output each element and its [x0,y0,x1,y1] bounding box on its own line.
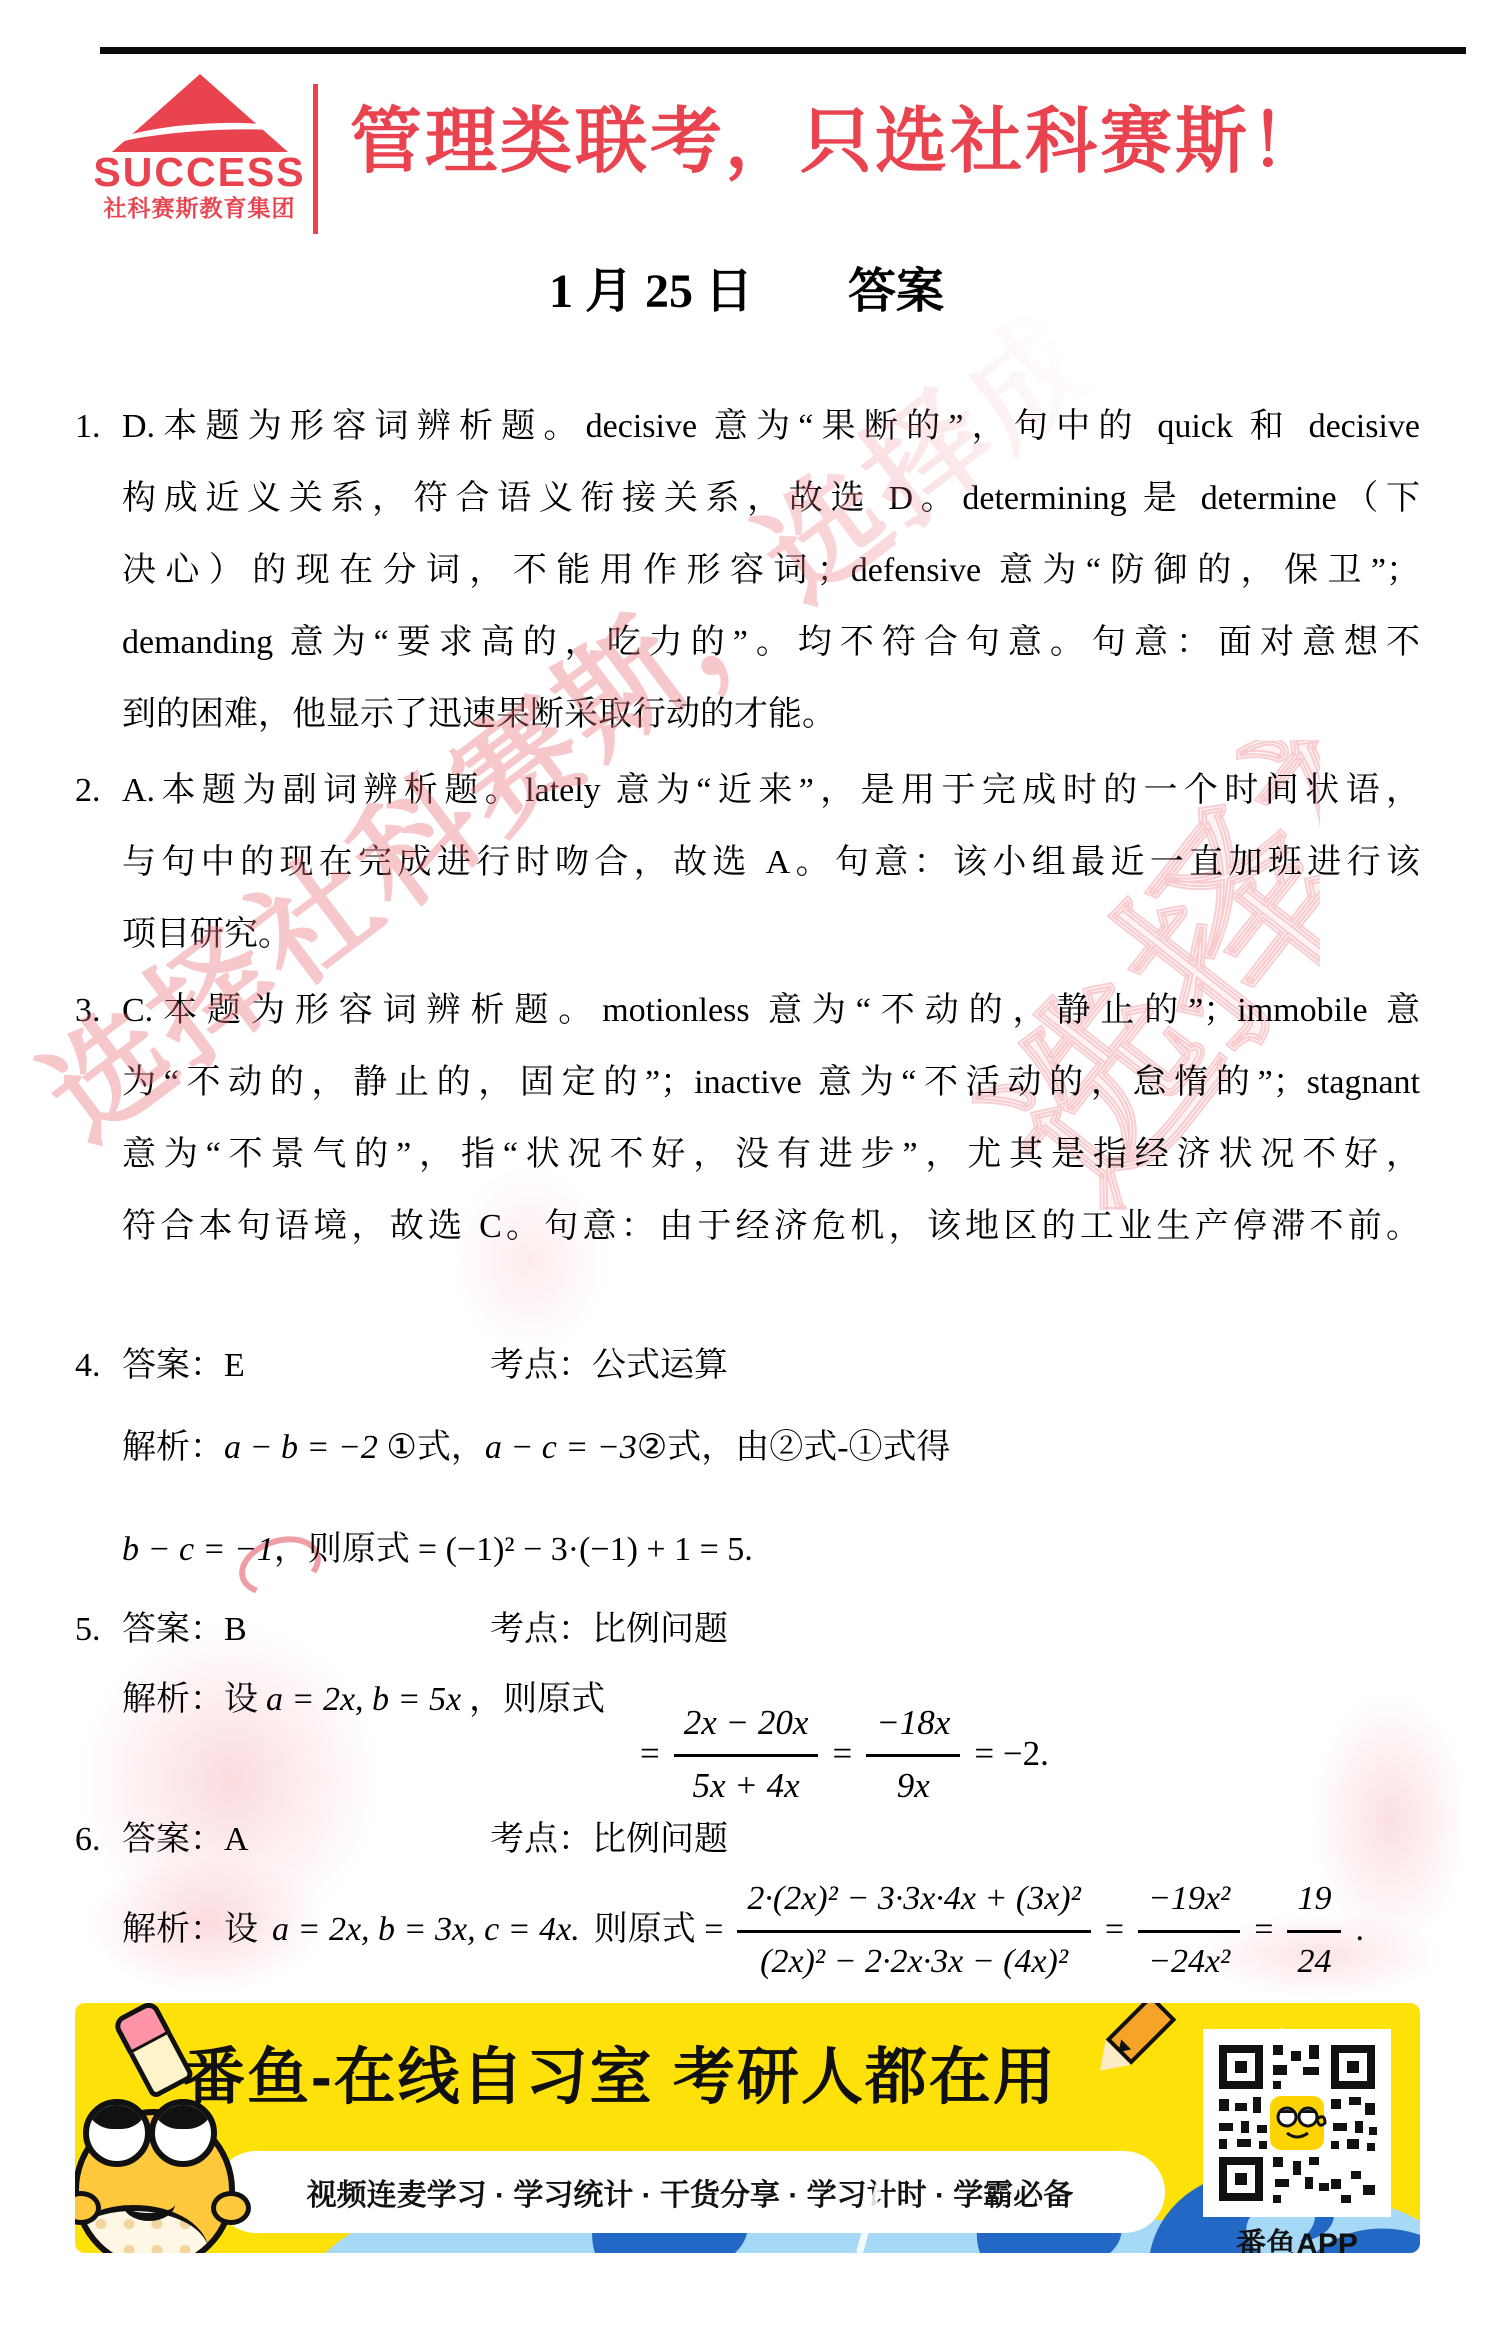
item-6-answer-row: 6. 答案：A 考点：比例问题 [75,1804,1425,1876]
answer-label: 答案：B [122,1611,247,1648]
text-segment: ，则原式 [274,1531,410,1568]
topic-label: 考点：比例问题 [490,1804,728,1876]
fraction: 2·(2x)² − 3·3x·4x + (3x)²(2x)² − 2·2x·3x… [737,1874,1090,1985]
text-segment: 则原式 = [594,1907,724,1953]
brand-slogan: 管理类联考，只选社科赛斯！ [350,92,1325,192]
item-5-answer-row: 5. 答案：B 考点：比例问题 [75,1594,1425,1666]
answer-label: 答案：E [122,1347,245,1384]
analysis-label: 解析：设 [122,1907,258,1953]
result-value: = −2. [974,1731,1048,1777]
fish-eye [149,2099,217,2167]
fraction: −19x²−24x² [1138,1874,1240,1985]
equals-sign: = [1105,1907,1124,1953]
puffer-fish-icon [75,2095,265,2253]
text-segment: ②式，由②式-①式得 [637,1429,951,1466]
topic-label: 考点：比例问题 [490,1594,728,1666]
topic-label: 考点：公式运算 [490,1330,728,1402]
qr-label: 番鱼APP [1203,2219,1391,2253]
math-expression: a − c = −3 [485,1429,637,1466]
text-segment: ，则原式 [469,1681,605,1718]
equals-sign: = [640,1731,660,1777]
item-number: 2. [75,755,101,827]
banner-features: 视频连麦学习 · 学习统计 · 干货分享 · 学习计时 · 学霸必备 [307,2170,1074,2214]
fish-mouth [123,2187,175,2221]
item-1: 1. D.本题为形容词辨析题。decisive 意为“果断的”，句中的 quic… [75,391,1425,751]
item-6-analysis-row: 解析：设a = 2x, b = 3x, c = 4x.则原式 = 2·(2x)²… [122,1874,1364,1985]
text-line: 符合本句语境，故选 C。句意：由于经济危机，该地区的工业生产停滞不前。 [122,1191,1420,1263]
text-line: 项目研究。 [122,899,1420,971]
math-expression: a = 2x, b = 3x, c = 4x. [272,1907,580,1953]
item-number: 5. [75,1594,101,1666]
math-expression: b − c = −1 [122,1531,274,1568]
math-expression: = (−1)² − 3·(−1) + 1 = 5. [418,1531,753,1568]
fish-eye [83,2099,151,2167]
text-line: C.本题为形容词辨析题。motionless 意为“不动的，静止的”；immob… [122,975,1420,1047]
text-line: 决心）的现在分词，不能用作形容词；defensive 意为“防御的，保卫”； [122,535,1420,607]
denominator: 9x [866,1757,960,1809]
item-5-fraction-row: = 2x − 20x5x + 4x = −18x9x = −2. [640,1698,1049,1809]
page-title: 1 月 25 日答案 [0,262,1493,322]
fish-fin [211,2191,251,2225]
text-line: 为“不动的，静止的，固定的”；inactive 意为“不活动的，怠惰的”；sta… [122,1047,1420,1119]
title-date: 1 月 25 日 [549,265,753,318]
analysis-label: 解析： [122,1429,224,1466]
answer-label: 答案：A [122,1821,249,1858]
text-segment: ①式， [378,1429,485,1466]
numerator: 2x − 20x [674,1698,819,1757]
qr-center-fish-logo [1270,2096,1325,2150]
text-segment: . [1355,1907,1364,1953]
numerator: −19x² [1138,1874,1240,1933]
math-expression: a − b = −2 [224,1429,378,1466]
fraction: 1924 [1287,1874,1341,1985]
numerator: 2·(2x)² − 3·3x·4x + (3x)² [737,1874,1090,1933]
item-number: 1. [75,391,101,463]
equals-sign: = [832,1731,852,1777]
item-number: 3. [75,975,101,1047]
text-line: D.本题为形容词辨析题。decisive 意为“果断的”，句中的 quick 和… [122,391,1420,463]
denominator: 24 [1287,1933,1341,1985]
analysis-label: 解析：设 [122,1681,258,1718]
text-line: demanding 意为“要求高的，吃力的”。均不符合句意。句意：面对意想不 [122,607,1420,679]
item-4-analysis-line-2: b − c = −1，则原式= (−1)² − 3·(−1) + 1 = 5. [75,1514,1425,1586]
text-line: 到的困难，他显示了迅速果断采取行动的才能。 [122,679,1420,751]
logo-divider [313,84,318,234]
brand-logo: SUCCESS 社科赛斯教育集团 [92,74,307,222]
math-expression: a = 2x, b = 5x [266,1681,461,1718]
banner-features-pill: 视频连麦学习 · 学习统计 · 干货分享 · 学习计时 · 学霸必备 [215,2151,1165,2233]
denominator: (2x)² − 2·2x·3x − (4x)² [737,1933,1090,1985]
numerator: 19 [1287,1874,1341,1933]
answer-sheet-page: { "colors": { "brand_red": "#E8434E", "t… [0,0,1493,2345]
fraction: −18x9x [866,1698,960,1809]
top-rule [100,47,1466,54]
equals-sign: = [1254,1907,1273,1953]
banner-title: 番鱼-在线自习室 考研人都在用 [183,2043,1057,2113]
pencil-icon [1080,2003,1178,2092]
text-line: 构成近义关系，符合语义衔接关系，故选 D。determining 是 deter… [122,463,1420,535]
brand-subtitle: 社科赛斯教育集团 [92,194,307,222]
item-4-answer-row: 4. 答案：E 考点：公式运算 [75,1330,1425,1402]
qr-code [1203,2029,1391,2217]
text-line: 与句中的现在完成进行时吻合，故选 A。句意：该小组最近一直加班进行该 [122,827,1420,899]
item-2: 2. A.本题为副词辨析题。lately 意为“近来”，是用于完成时的一个时间状… [75,755,1425,971]
item-4-analysis-line-1: 解析：a − b = −2 ①式，a − c = −3②式，由②式-①式得 [75,1412,1425,1484]
item-number: 4. [75,1330,101,1402]
denominator: 5x + 4x [674,1757,819,1809]
item-number: 6. [75,1804,101,1876]
numerator: −18x [866,1698,960,1757]
text-line: A.本题为副词辨析题。lately 意为“近来”，是用于完成时的一个时间状语， [122,755,1420,827]
fraction: 2x − 20x5x + 4x [674,1698,819,1809]
title-label: 答案 [848,265,944,318]
text-line: 意为“不景气的”，指“状况不好，没有进步”，尤其是指经济状况不好， [122,1119,1420,1191]
promo-banner: 番鱼-在线自习室 考研人都在用 视频连麦学习 · 学习统计 · 干货分享 · 学… [75,2003,1420,2253]
denominator: −24x² [1138,1933,1240,1985]
item-3: 3. C.本题为形容词辨析题。motionless 意为“不动的，静止的”；im… [75,975,1425,1263]
logo-mountain-icon [112,74,288,154]
